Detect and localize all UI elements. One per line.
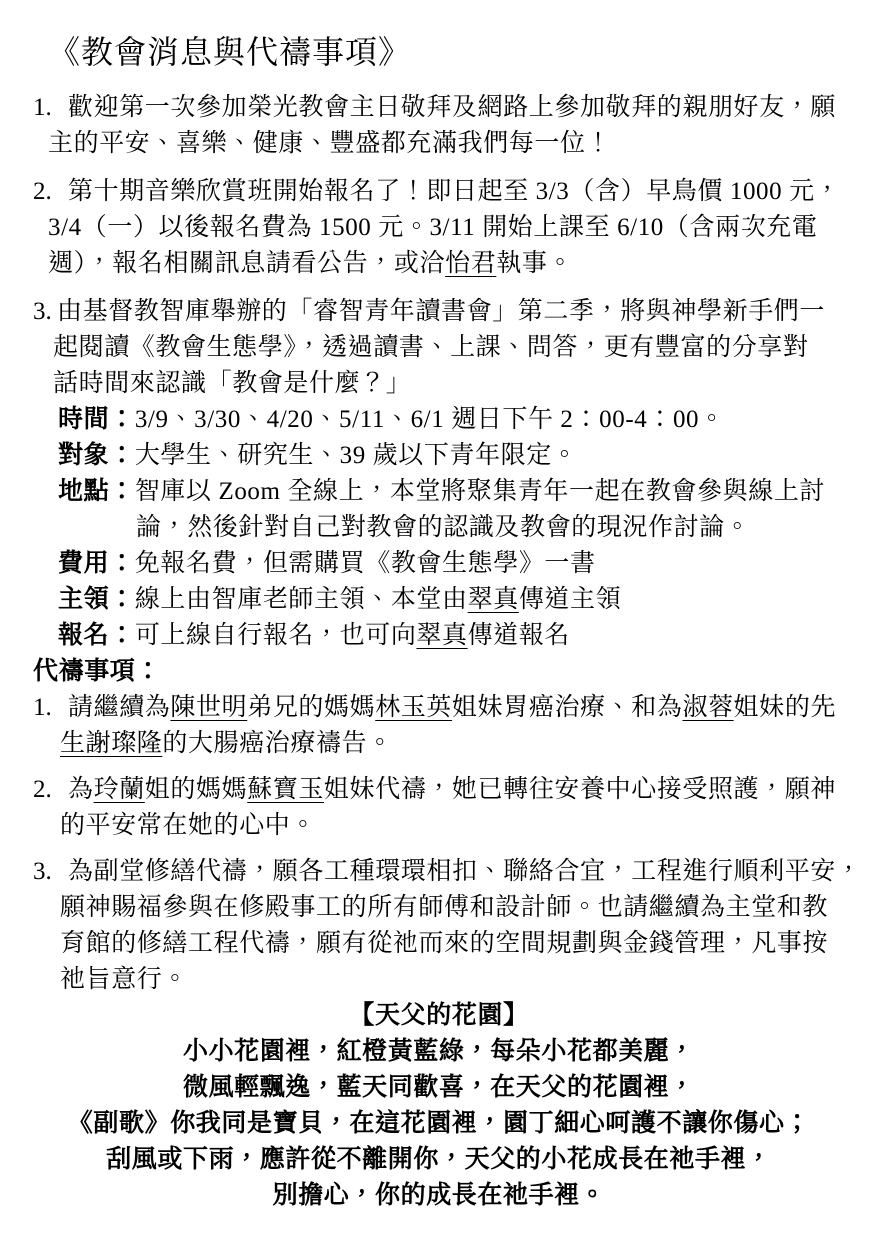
detail-row-location: 地點：智庫以 Zoom 全線上，本堂將聚集青年一起在教會參與線上討 — [0, 474, 878, 510]
detail-value: 可上線自行報名，也可向 — [135, 622, 417, 649]
text-line: 週），報名相關訊息請看公告，或洽怡君執事。 — [0, 246, 878, 282]
list-number: 1. — [33, 90, 52, 126]
list-number: 2. — [33, 772, 52, 808]
detail-label: 主領： — [58, 586, 135, 613]
text-run: 執事。 — [496, 250, 573, 277]
text-run: 請繼續為 — [68, 694, 170, 721]
text-line: 的平安常在她的心中。 — [0, 808, 878, 844]
person-name-underlined: 蘇寶玉 — [247, 776, 324, 803]
detail-label: 時間： — [58, 406, 135, 433]
detail-value: 傳道主領 — [519, 586, 621, 613]
detail-label: 報名： — [58, 622, 135, 649]
song-block: 【天父的花園】 小小花園裡，紅橙黃藍綠，每朵小花都美麗， 微風輕飄逸，藍天同歡喜… — [33, 998, 845, 1214]
person-name-underlined: 生謝璨隆 — [60, 730, 162, 757]
text-line: 為玲蘭姐的媽媽蘇寶玉姐妹代禱，她已轉往安養中心接受照護，願神 — [0, 772, 878, 808]
song-line: 小小花園裡，紅橙黃藍綠，每朵小花都美麗， — [33, 1034, 845, 1070]
text-line: 請繼續為陳世明弟兄的媽媽林玉英姐妹胃癌治療、和為淑蓉姐妹的先 — [0, 690, 878, 726]
text-line: 話時間來認識「教會是什麼？」 — [0, 366, 878, 402]
text-run: 姐的媽媽 — [145, 776, 247, 803]
document-page: { "colors": { "background": "#ffffff", "… — [0, 0, 878, 1241]
news-item-2: 2. 第十期音樂欣賞班開始報名了！即日起至 3/3（含）早鳥價 1000 元， … — [0, 174, 878, 282]
detail-value: 傳道報名 — [468, 622, 570, 649]
detail-value: 3/9、3/30、4/20、5/11、6/1 週日下午 2：00-4：00。 — [135, 406, 725, 433]
song-title: 【天父的花園】 — [33, 998, 845, 1034]
text-run: 為 — [68, 776, 94, 803]
detail-row-fee: 費用：免報名費，但需購買《教會生態學》一書 — [0, 546, 878, 582]
detail-value: 大學生、研究生、39 歲以下青年限定。 — [135, 442, 578, 469]
prayer-item-2: 2. 為玲蘭姐的媽媽蘇寶玉姐妹代禱，她已轉往安養中心接受照護，願神 的平安常在她… — [0, 772, 878, 844]
person-name-underlined: 林玉英 — [375, 694, 452, 721]
text-line: 生謝璨隆的大腸癌治療禱告。 — [0, 726, 878, 762]
detail-value: 免報名費，但需購買《教會生態學》一書 — [135, 550, 596, 577]
song-line: 《副歌》你我同是寶貝，在這花園裡，園丁細心呵護不讓你傷心； — [33, 1106, 845, 1142]
text-line: 歡迎第一次參加榮光教會主日敬拜及網路上參加敬拜的親朋好友，願 — [0, 90, 878, 126]
news-item-3: 3. 由基督教智庫舉辦的「睿智青年讀書會」第二季，將與神學新手們一 起閱讀《教會… — [0, 294, 878, 654]
text-run: 弟兄的媽媽 — [247, 694, 375, 721]
document-title: 《教會消息與代禱事項》 — [0, 30, 878, 74]
prayer-item-1: 1. 請繼續為陳世明弟兄的媽媽林玉英姐妹胃癌治療、和為淑蓉姐妹的先 生謝璨隆的大… — [0, 690, 878, 762]
person-name-underlined: 陳世明 — [170, 694, 247, 721]
song-line: 刮風或下雨，應許從不離開你，天父的小花成長在祂手裡， — [33, 1142, 845, 1178]
text-run: 的大腸癌治療禱告。 — [162, 730, 392, 757]
detail-value: 線上由智庫老師主領、本堂由 — [135, 586, 468, 613]
text-line: 育館的修繕工程代禱，願有從祂而來的空間規劃與金錢管理，凡事按 — [0, 926, 878, 962]
person-name-underlined: 翠真 — [416, 622, 467, 649]
news-item-1: 1. 歡迎第一次參加榮光教會主日敬拜及網路上參加敬拜的親朋好友，願 主的平安、喜… — [0, 90, 878, 162]
list-number: 3. — [33, 854, 52, 890]
text-run: 姐妹胃癌治療、和為 — [452, 694, 682, 721]
prayer-section-heading: 代禱事項： — [0, 654, 878, 690]
person-name-underlined: 淑蓉 — [682, 694, 733, 721]
detail-row-leader: 主領：線上由智庫老師主領、本堂由翠真傳道主領 — [0, 582, 878, 618]
list-number: 3. — [33, 294, 52, 330]
text-run: 姐妹的先 — [734, 694, 836, 721]
text-line: 祂旨意行。 — [0, 962, 878, 998]
text-run: 姐妹代禱，她已轉往安養中心接受照護，願神 — [324, 776, 836, 803]
text-line: 3/4（一）以後報名費為 1500 元。3/11 開始上課至 6/10（含兩次充… — [0, 210, 878, 246]
text-line: 為副堂修繕代禱，願各工種環環相扣、聯絡合宜，工程進行順利平安， — [0, 854, 878, 890]
detail-row-location-wrap: 論，然後針對自己對教會的認識及教會的現況作討論。 — [0, 510, 878, 546]
text-line: 願神賜福參與在修殿事工的所有師傅和設計師。也請繼續為主堂和教 — [0, 890, 878, 926]
detail-label: 地點： — [58, 478, 135, 505]
song-line: 別擔心，你的成長在祂手裡。 — [33, 1178, 845, 1214]
prayer-item-3: 3. 為副堂修繕代禱，願各工種環環相扣、聯絡合宜，工程進行順利平安， 願神賜福參… — [0, 854, 878, 998]
text-line: 起閱讀《教會生態學》，透過讀書、上課、問答，更有豐富的分享對 — [0, 330, 878, 366]
detail-row-signup: 報名：可上線自行報名，也可向翠真傳道報名 — [0, 618, 878, 654]
detail-row-time: 時間：3/9、3/30、4/20、5/11、6/1 週日下午 2：00-4：00… — [0, 402, 878, 438]
text-line: 主的平安、喜樂、健康、豐盛都充滿我們每一位！ — [0, 126, 878, 162]
text-line: 由基督教智庫舉辦的「睿智青年讀書會」第二季，將與神學新手們一 — [0, 294, 878, 330]
list-number: 1. — [33, 690, 52, 726]
person-name-underlined: 翠真 — [468, 586, 519, 613]
detail-value: 智庫以 Zoom 全線上，本堂將聚集青年一起在教會參與線上討 — [135, 478, 825, 505]
person-name-underlined: 怡君 — [445, 250, 496, 277]
list-number: 2. — [33, 174, 52, 210]
person-name-underlined: 玲蘭 — [94, 776, 145, 803]
text-run: 週），報名相關訊息請看公告，或洽 — [48, 250, 445, 277]
song-line: 微風輕飄逸，藍天同歡喜，在天父的花園裡， — [33, 1070, 845, 1106]
detail-label: 對象： — [58, 442, 135, 469]
text-line: 第十期音樂欣賞班開始報名了！即日起至 3/3（含）早鳥價 1000 元， — [0, 174, 878, 210]
detail-row-audience: 對象：大學生、研究生、39 歲以下青年限定。 — [0, 438, 878, 474]
detail-label: 費用： — [58, 550, 135, 577]
